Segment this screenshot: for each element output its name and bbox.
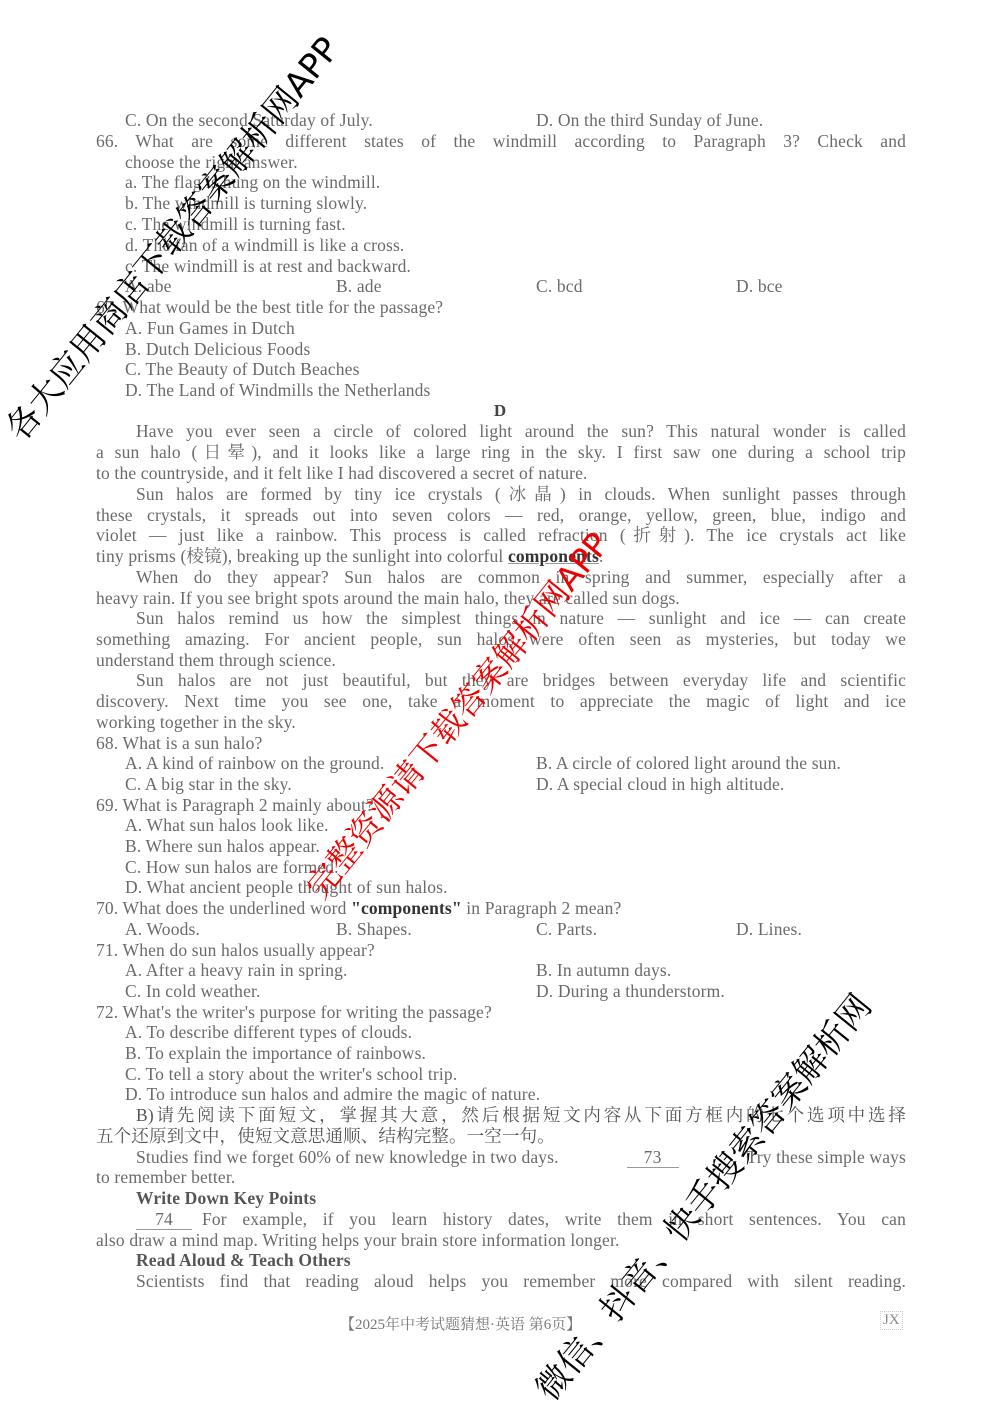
q67-option-a: A. Fun Games in Dutch: [125, 318, 295, 338]
blank-74[interactable]: 74: [136, 1209, 192, 1230]
para2-line1: For example, if you learn history dates,…: [202, 1209, 906, 1230]
section-b-para-2: 74 For example, if you learn history dat…: [136, 1209, 906, 1230]
q67-option-d: D. The Land of Windmills the Netherlands: [125, 380, 431, 400]
q68-option-b: B. A circle of colored light around the …: [536, 753, 841, 773]
passage-line: Sun halos are formed by tiny ice crystal…: [136, 484, 906, 504]
passage-line: something amazing. For ancient people, s…: [96, 629, 906, 649]
q70-stem-pre: 70. What does the underlined word: [96, 898, 351, 918]
q70-stem-post: in Paragraph 2 mean?: [462, 898, 622, 918]
q66-option-a: A. abe: [125, 276, 172, 296]
q67-option-b: B. Dutch Delicious Foods: [125, 339, 310, 359]
passage-line: working together in the sky.: [96, 712, 296, 732]
q70-option-b: B. Shapes.: [336, 919, 412, 939]
passage-line: When do they appear? Sun halos are commo…: [136, 567, 906, 587]
q68-option-d: D. A special cloud in high altitude.: [536, 774, 784, 794]
footer-code: JX: [880, 1311, 903, 1330]
q72-option-a: A. To describe different types of clouds…: [125, 1022, 412, 1042]
q72-option-b: B. To explain the importance of rainbows…: [125, 1043, 426, 1063]
passage-line: to the countryside, and it felt like I h…: [96, 463, 588, 483]
q65-option-d: D. On the third Sunday of June.: [536, 110, 763, 130]
section-b-para-2-line2: also draw a mind map. Writing helps your…: [96, 1230, 620, 1250]
section-b-instruction-2: 五个还原到文中，使短文意思通顺、结构完整。一空一句。: [96, 1126, 555, 1146]
q69-stem: 69. What is Paragraph 2 mainly about?: [96, 795, 374, 815]
passage-line-text: tiny prisms (棱镜), breaking up the sunlig…: [96, 546, 508, 566]
q66-stem-line1: 66. What are some different states of th…: [96, 131, 906, 151]
q66-stem-line2: choose the right answer.: [125, 152, 298, 172]
q72-stem: 72. What's the writer's purpose for writ…: [96, 1002, 492, 1022]
passage-line: violet — just like a rainbow. This proce…: [96, 525, 906, 545]
punct: .: [599, 546, 604, 566]
q66-option-c: C. bcd: [536, 276, 583, 296]
passage-line: Sun halos remind us how the simplest thi…: [136, 608, 906, 628]
blank-73[interactable]: 73: [627, 1147, 679, 1168]
q67-stem: 67. What would be the best title for the…: [96, 297, 443, 317]
q68-option-a: A. A kind of rainbow on the ground.: [125, 753, 384, 773]
q68-option-c: C. A big star in the sky.: [125, 774, 292, 794]
page-footer: 【2025年中考试题猜想·英语 第6页】: [340, 1313, 581, 1334]
q70-option-d: D. Lines.: [736, 919, 802, 939]
section-b-para-1-line2: to remember better.: [96, 1167, 235, 1187]
q70-option-a: A. Woods.: [125, 919, 200, 939]
watermark-bottom-right: 微信、抖音、快手搜索答案解析网: [522, 982, 881, 1406]
q69-option-b: B. Where sun halos appear.: [125, 836, 320, 856]
q71-option-a: A. After a heavy rain in spring.: [125, 960, 348, 980]
passage-line: discovery. Next time you see one, take a…: [96, 691, 906, 711]
q68-stem: 68. What is a sun halo?: [96, 733, 262, 753]
q70-stem: 70. What does the underlined word "compo…: [96, 898, 621, 918]
passage-line: Have you ever seen a circle of colored l…: [136, 421, 906, 441]
section-b-instruction-1: B)请先阅读下面短文，掌握其大意，然后根据短文内容从下面方框内的七个选项中选择: [136, 1105, 906, 1125]
q66-item-d: d. The fan of a windmill is like a cross…: [125, 235, 404, 255]
section-b-para-3: Scientists find that reading aloud helps…: [136, 1271, 906, 1291]
q69-option-d: D. What ancient people thought of sun ha…: [125, 877, 448, 897]
q66-item-b: b. The windmill is turning slowly.: [125, 193, 367, 213]
exam-page: C. On the second Saturday of July. D. On…: [0, 0, 1000, 1406]
passage-line: a sun halo (日晕), and it looks like a lar…: [96, 442, 906, 462]
underlined-word: components: [508, 546, 599, 566]
passage-line-components: tiny prisms (棱镜), breaking up the sunlig…: [96, 546, 603, 566]
passage-line: these crystals, it spreads out into seve…: [96, 505, 906, 525]
q66-item-c: c. The windmill is turning fast.: [125, 214, 346, 234]
q65-option-c: C. On the second Saturday of July.: [125, 110, 373, 130]
q66-option-b: B. ade: [336, 276, 382, 296]
q71-option-d: D. During a thunderstorm.: [536, 981, 725, 1001]
heading-read-aloud: Read Aloud & Teach Others: [136, 1250, 351, 1270]
passage-line: understand them through science.: [96, 650, 336, 670]
q66-item-a: a. The flag is hung on the windmill.: [125, 172, 380, 192]
q71-option-b: B. In autumn days.: [536, 960, 671, 980]
q70-option-c: C. Parts.: [536, 919, 597, 939]
q69-option-c: C. How sun halos are formed.: [125, 857, 339, 877]
q72-option-d: D. To introduce sun halos and admire the…: [125, 1084, 540, 1104]
section-b-para-1: Studies find we forget 60% of new knowle…: [136, 1147, 906, 1168]
q70-stem-word: "components": [351, 898, 462, 918]
heading-write-down-key-points: Write Down Key Points: [136, 1188, 316, 1208]
q66-item-e: c. The windmill is at rest and backward.: [125, 256, 411, 276]
q72-option-c: C. To tell a story about the writer's sc…: [125, 1064, 457, 1084]
para1-pre: Studies find we forget 60% of new knowle…: [136, 1147, 559, 1168]
para1-post: Try these simple ways: [746, 1147, 906, 1168]
passage-line: Sun halos are not just beautiful, but th…: [136, 670, 906, 690]
q67-option-c: C. The Beauty of Dutch Beaches: [125, 359, 360, 379]
q66-option-d: D. bce: [736, 276, 783, 296]
q71-option-c: C. In cold weather.: [125, 981, 261, 1001]
q71-stem: 71. When do sun halos usually appear?: [96, 940, 375, 960]
q69-option-a: A. What sun halos look like.: [125, 815, 329, 835]
passage-line: heavy rain. If you see bright spots arou…: [96, 588, 680, 608]
section-label-d: D: [0, 401, 1000, 421]
